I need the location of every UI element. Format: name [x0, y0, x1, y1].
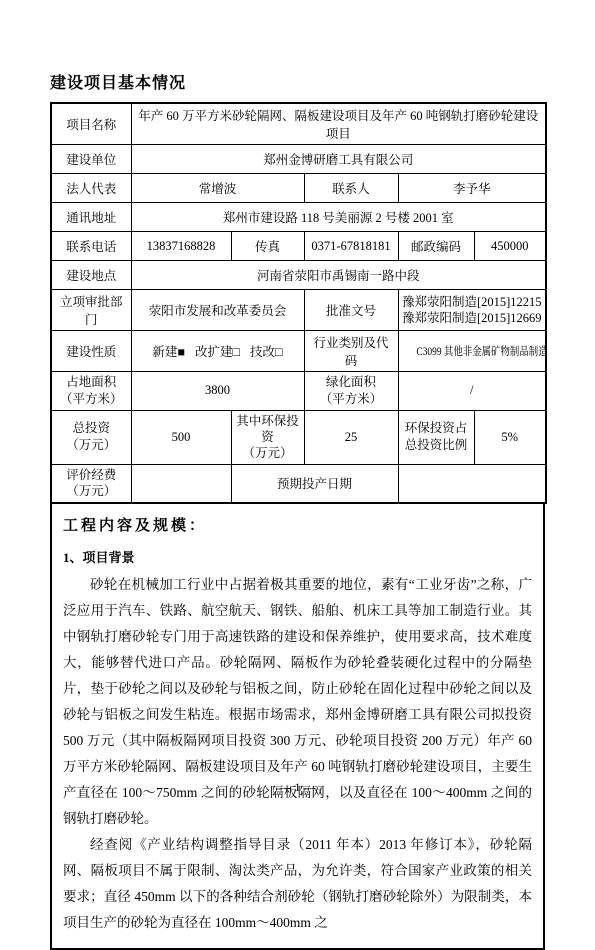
row-construction-unit: 建设单位 郑州金博研磨工具有限公司 — [51, 145, 546, 174]
evaluation-fee-label: 评价经费 （万元） — [51, 464, 131, 503]
total-investment-value: 500 — [131, 410, 231, 464]
row-investment: 总投资 （万元） 500 其中环保投资 （万元） 25 环保投资占 总投资比例 … — [51, 410, 546, 464]
construction-unit-label: 建设单位 — [51, 145, 131, 174]
env-ratio-value: 5% — [474, 410, 546, 464]
green-area-value: / — [398, 372, 546, 411]
nature-option-expand: 改扩建□ — [195, 345, 240, 359]
contact-person-label: 联系人 — [304, 174, 398, 203]
section-title: 工程内容及规模： — [63, 514, 532, 535]
location-value: 河南省荥阳市禹锡南一路中段 — [131, 261, 546, 290]
phone-label: 联系电话 — [51, 232, 131, 261]
row-evaluation: 评价经费 （万元） 预期投产日期 — [51, 464, 546, 503]
row-phone: 联系电话 13837168828 传真 0371-67818181 邮政编码 4… — [51, 232, 546, 261]
approval-doc-label: 批准文号 — [304, 290, 398, 331]
approval-doc-value: 豫郑荥阳制造[2015]12215 豫郑荥阳制造[2015]12669 — [398, 290, 546, 331]
industry-code-label: 行业类别及代码 — [304, 331, 398, 372]
row-legal-rep: 法人代表 常增波 联系人 李予华 — [51, 174, 546, 203]
background-paragraph-2: 经查阅《产业结构调整指导目录（2011 年本）2013 年修订本》，砂轮隔网、隔… — [63, 832, 532, 936]
nature-label: 建设性质 — [51, 331, 131, 372]
zip-value: 450000 — [474, 232, 546, 261]
env-investment-label: 其中环保投资 （万元） — [231, 410, 304, 464]
approval-dept-value: 荥阳市发展和改革委员会 — [131, 290, 304, 331]
document-page: 建设项目基本情况 项目名称 年产 60 万平方米砂轮隔网、隔板建设项目及年产 6… — [0, 0, 595, 842]
nature-option-new: 新建■ — [152, 345, 185, 359]
row-project-name: 项目名称 年产 60 万平方米砂轮隔网、隔板建设项目及年产 60 吨钢轨打磨砂轮… — [51, 103, 546, 145]
row-location: 建设地点 河南省荥阳市禹锡南一路中段 — [51, 261, 546, 290]
env-ratio-label: 环保投资占 总投资比例 — [398, 410, 474, 464]
contact-person-value: 李予华 — [398, 174, 546, 203]
row-nature: 建设性质 新建■改扩建□技改□ 行业类别及代码 C3099 其他非金属矿物制品制… — [51, 331, 546, 372]
construction-unit-value: 郑州金博研磨工具有限公司 — [131, 145, 546, 174]
legal-rep-value: 常增波 — [131, 174, 304, 203]
project-name-label: 项目名称 — [51, 103, 131, 145]
env-investment-value: 25 — [304, 410, 398, 464]
nature-option-upgrade: 技改□ — [250, 345, 283, 359]
address-label: 通讯地址 — [51, 203, 131, 232]
phone-value: 13837168828 — [131, 232, 231, 261]
row-approval: 立项审批部门 荥阳市发展和改革委员会 批准文号 豫郑荥阳制造[2015]1221… — [51, 290, 546, 331]
production-date-label: 预期投产日期 — [231, 464, 398, 503]
page-number: — 1 — — [0, 780, 595, 795]
area-label: 占地面积 （平方米） — [51, 372, 131, 411]
location-label: 建设地点 — [51, 261, 131, 290]
address-value: 郑州市建设路 118 号美丽源 2 号楼 2001 室 — [131, 203, 546, 232]
area-value: 3800 — [131, 372, 304, 411]
row-area: 占地面积 （平方米） 3800 绿化面积 （平方米） / — [51, 372, 546, 411]
green-area-label: 绿化面积 （平方米） — [304, 372, 398, 411]
legal-rep-label: 法人代表 — [51, 174, 131, 203]
evaluation-fee-value — [131, 464, 231, 503]
project-content-section: 工程内容及规模： 1、项目背景 砂轮在机械加工行业中占据着极其重要的地位，素有“… — [50, 504, 545, 950]
production-date-value — [398, 464, 546, 503]
zip-label: 邮政编码 — [398, 232, 474, 261]
industry-code-text: C3099 其他非金属矿物制品制造 — [416, 343, 546, 359]
basic-info-table: 项目名称 年产 60 万平方米砂轮隔网、隔板建设项目及年产 60 吨钢轨打磨砂轮… — [50, 102, 547, 504]
fax-label: 传真 — [231, 232, 304, 261]
nature-value: 新建■改扩建□技改□ — [131, 331, 304, 372]
fax-value: 0371-67818181 — [304, 232, 398, 261]
industry-code-value: C3099 其他非金属矿物制品制造 — [398, 331, 546, 372]
total-investment-label: 总投资 （万元） — [51, 410, 131, 464]
section-subheading: 1、项目背景 — [63, 547, 532, 566]
approval-dept-label: 立项审批部门 — [51, 290, 131, 331]
row-address: 通讯地址 郑州市建设路 118 号美丽源 2 号楼 2001 室 — [51, 203, 546, 232]
project-name-value: 年产 60 万平方米砂轮隔网、隔板建设项目及年产 60 吨钢轨打磨砂轮建设项目 — [131, 103, 546, 145]
page-title: 建设项目基本情况 — [50, 70, 545, 93]
